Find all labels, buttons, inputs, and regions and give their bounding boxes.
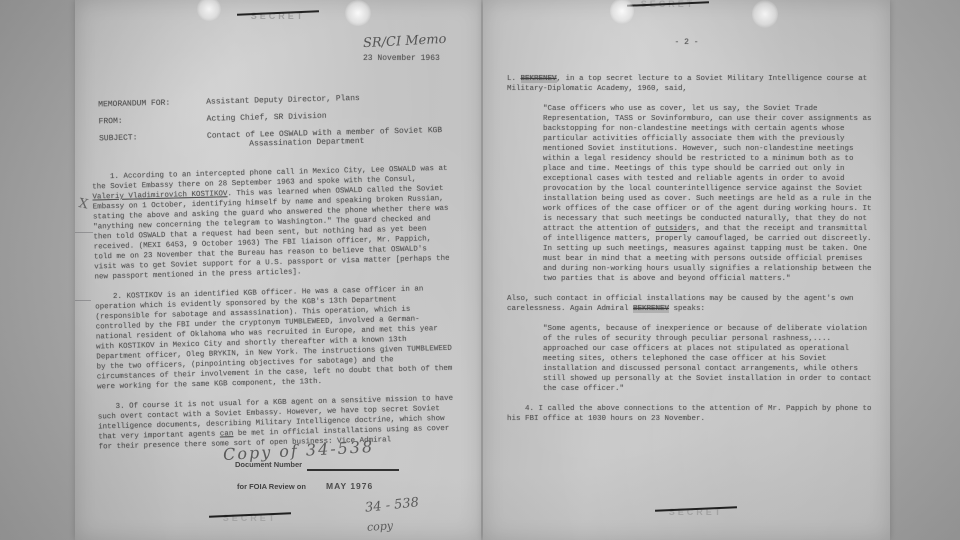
glare-spot xyxy=(752,0,778,28)
memo-for-label: MEMORANDUM FOR: xyxy=(98,98,206,110)
memo-page-1: SECRET SR/CI Memo 23 November 1963 MEMOR… xyxy=(75,0,481,540)
paragraph-2: 2. KOSTIKOV is an identified KGB officer… xyxy=(95,284,453,393)
memo-subject-row: SUBJECT: Contact of Lee OSWALD with a me… xyxy=(99,126,459,153)
handwritten-file-number: 34 - 538 xyxy=(364,495,419,516)
document-number-stamp: Document Number xyxy=(235,460,302,469)
bekrenev-quote-2: "Some agents, because of inexperience or… xyxy=(543,324,873,394)
document-number-blank-line xyxy=(307,469,399,471)
memo-from-row: FROM: Acting Chief, SR Division xyxy=(99,109,459,127)
margin-x-mark: X xyxy=(77,196,89,212)
secret-stamp-bottom-p1: SECRET xyxy=(215,508,285,526)
secret-stamp-top-p1: SECRET xyxy=(243,6,313,24)
page-2-body: L. BEKRENEV, in a top secret lecture to … xyxy=(507,74,873,434)
memo-paragraphs: 1. According to an intercepted phone cal… xyxy=(92,164,455,463)
bekrenev-intro: L. BEKRENEV, in a top secret lecture to … xyxy=(507,74,873,94)
memo-date: 23 November 1963 xyxy=(363,54,440,63)
foia-review-date: MAY 1976 xyxy=(326,481,373,491)
paragraph-4: 4. I called the above connections to the… xyxy=(507,404,873,424)
pencil-dash xyxy=(75,300,91,301)
bekrenev-quote-1: "Case officers who use as cover, let us … xyxy=(543,104,873,284)
secret-stamp-top-p2: SECRET xyxy=(633,0,703,12)
carelessness-paragraph: Also, such contact in official installat… xyxy=(507,294,873,314)
memo-subject-value: Contact of Lee OSWALD with a member of S… xyxy=(207,126,459,150)
scanned-document-canvas: SECRET SR/CI Memo 23 November 1963 MEMOR… xyxy=(0,0,960,540)
memo-page-2: SECRET - 2 - L. BEKRENEV, in a top secre… xyxy=(483,0,890,540)
pencil-dash xyxy=(75,232,93,233)
foia-review-stamp: for FOIA Review on MAY 1976 xyxy=(237,481,373,491)
memo-subject-label: SUBJECT: xyxy=(99,132,207,153)
handwritten-routing-note: SR/CI Memo xyxy=(363,32,447,51)
memo-for-row: MEMORANDUM FOR: Assistant Deputy Directo… xyxy=(98,92,458,110)
glare-spot xyxy=(345,0,371,26)
memo-from-label: FROM: xyxy=(99,115,207,127)
secret-stamp-bottom-p2: SECRET xyxy=(661,502,731,520)
foia-review-label: for FOIA Review on xyxy=(237,482,306,491)
memo-for-value: Assistant Deputy Director, Plans xyxy=(206,92,458,107)
memo-from-value: Acting Chief, SR Division xyxy=(207,109,459,124)
typed-memo-body: MEMORANDUM FOR: Assistant Deputy Directo… xyxy=(68,0,474,1)
memo-header: MEMORANDUM FOR: Assistant Deputy Directo… xyxy=(98,92,459,161)
paragraph-1: 1. According to an intercepted phone cal… xyxy=(92,164,451,283)
page-number: - 2 - xyxy=(483,38,890,47)
handwritten-copy-note: copy xyxy=(367,519,394,534)
